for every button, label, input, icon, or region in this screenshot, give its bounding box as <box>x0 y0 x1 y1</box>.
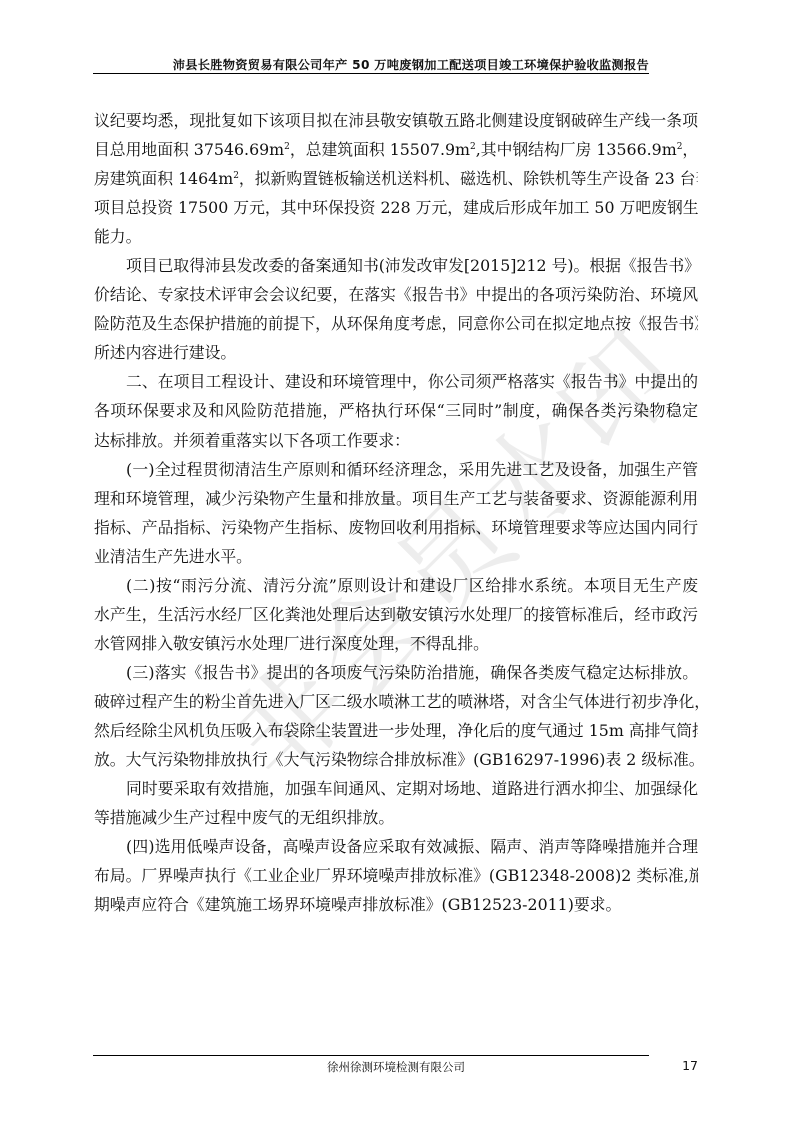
text-line: 理和环境管理，减少污染物产生量和排放量。项目生产工艺与装备要求、资源能源利用 <box>94 484 698 513</box>
text-segment: ,其中钢结构厂房 13566.9m <box>476 140 677 159</box>
header-divider <box>93 73 649 74</box>
paragraph-first-line: 二、在项目工程设计、建设和环境管理中，你公司须严格落实《报告书》中提出的 <box>94 367 698 396</box>
text-line: 布局。厂界噪声执行《工业企业厂界环境噪声排放标准》(GB12348-2008)2… <box>94 861 698 890</box>
text-line: 能力。 <box>94 222 698 251</box>
text-segment: ，办公用 <box>682 140 698 159</box>
text-line: 等措施减少生产过程中废气的无组织排放。 <box>94 803 698 832</box>
text-line: 放。大气污染物排放执行《大气污染物综合排放标准》(GB16297-1996)表 … <box>94 745 698 774</box>
text-line: 房建筑面积 1464m2，拟新购置链板输送机送料机、磁选机、除铁机等生产设备 2… <box>94 164 698 193</box>
text-line: 水管网排入敬安镇污水处理厂进行深度处理，不得乱排。 <box>94 629 698 658</box>
text-segment: 目总用地面积 37546.69m <box>94 140 284 159</box>
paragraph-first-line: 同时要采取有效措施，加强车间通风、定期对场地、道路进行洒水抑尘、加强绿化 <box>94 774 698 803</box>
text-line: 期噪声应符合《建筑施工场界环境噪声排放标准》(GB12523-2011)要求。 <box>94 890 698 919</box>
footer-divider <box>93 1055 649 1056</box>
text-line: 项目总投资 17500 万元，其中环保投资 228 万元，建成后形成年加工 50… <box>94 193 698 222</box>
footer-company-name: 徐州徐测环境检测有限公司 <box>94 1059 698 1075</box>
text-segment: 房建筑面积 1464m <box>94 169 233 188</box>
text-line: 价结论、专家技术评审会会议纪要，在落实《报告书》中提出的各项污染防治、环境风 <box>94 280 698 309</box>
text-line: 目总用地面积 37546.69m2，总建筑面积 15507.9m2,其中钢结构厂… <box>94 135 698 164</box>
paragraph-first-line: (二)按“雨污分流、清污分流”原则设计和建设厂区给排水系统。本项目无生产废 <box>94 571 698 600</box>
text-line: 水产生，生活污水经厂区化粪池处理后达到敬安镇污水处理厂的接管标准后，经市政污 <box>94 600 698 629</box>
text-line: 指标、产品指标、污染物产生指标、废物回收利用指标、环境管理要求等应达国内同行 <box>94 513 698 542</box>
text-line: 破碎过程产生的粉尘首先进入厂区二级水喷淋工艺的喷淋塔，对含尘气体进行初步净化， <box>94 687 698 716</box>
text-line: 各项环保要求及和风险防范措施，严格执行环保“三同时”制度，确保各类污染物稳定 <box>94 396 698 425</box>
paragraph-first-line: 项目已取得沛县发改委的备案通知书(沛发改审发[2015]212 号)。根据《报告… <box>94 251 698 280</box>
text-line: 达标排放。并须着重落实以下各项工作要求： <box>94 426 698 455</box>
paragraph-first-line: (三)落实《报告书》提出的各项废气污染防治措施，确保各类废气稳定达标排放。 <box>94 658 698 687</box>
text-line: 所述内容进行建设。 <box>94 338 698 367</box>
running-header-title: 沛县长胜物资贸易有限公司年产 50 万吨废钢加工配送项目竣工环境保护验收监测报告 <box>93 56 649 73</box>
text-line: 议纪要均悉，现批复如下该项目拟在沛县敬安镇敬五路北侧建设度钢破碎生产线一条项 <box>94 106 698 135</box>
paragraph-first-line: (一)全过程贯彻清洁生产原则和循环经济理念，采用先进工艺及设备，加强生产管 <box>94 455 698 484</box>
body-text: 议纪要均悉，现批复如下该项目拟在沛县敬安镇敬五路北侧建设度钢破碎生产线一条项 目… <box>94 106 698 919</box>
text-segment: ，拟新购置链板输送机送料机、磁选机、除铁机等生产设备 23 台套。 <box>239 169 698 188</box>
page-number: 17 <box>672 1058 698 1073</box>
document-page: 非会员水印 沛县长胜物资贸易有限公司年产 50 万吨废钢加工配送项目竣工环境保护… <box>0 0 793 1122</box>
text-segment: ，总建筑面积 15507.9m <box>290 140 470 159</box>
text-line: 业清洁生产先进水平。 <box>94 542 698 571</box>
text-line: 然后经除尘风机负压吸入布袋除尘装置进一步处理，净化后的度气通过 15m 高排气筒… <box>94 716 698 745</box>
text-line: 险防范及生态保护措施的前提下，从环保角度考虑，同意你公司在拟定地点按《报告书》 <box>94 309 698 338</box>
paragraph-first-line: (四)选用低噪声设备，高噪声设备应采取有效减振、隔声、消声等降噪措施并合理 <box>94 832 698 861</box>
